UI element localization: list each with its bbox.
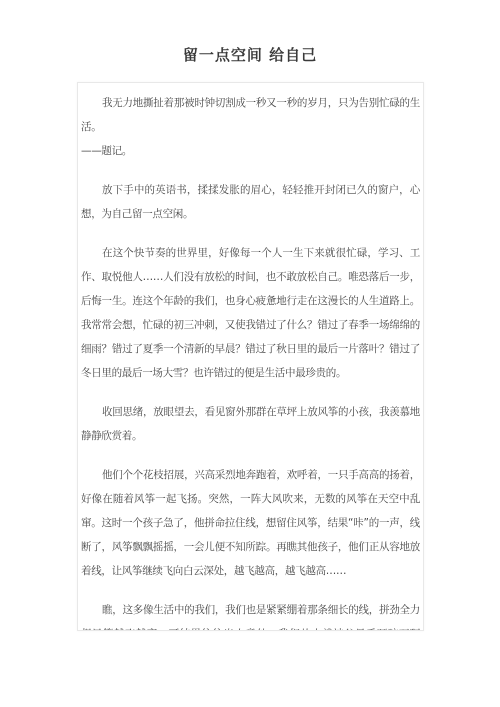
epigraph-attribution: ——题记。 [81, 139, 420, 163]
essay-paragraph: 放下手中的英语书，揉揉发胀的眉心，轻轻推开封闭已久的窗户，心想，为自己留一点空闲… [81, 178, 420, 226]
essay-paragraph: 收回思绪，放眼望去，看见窗外那群在草坪上放风筝的小孩，我羡慕地静静欣赏着。 [81, 400, 420, 448]
essay-paragraph: 在这个快节奏的世界里，好像每一个人一生下来就很忙碌，学习、工作、取悦他人……人们… [81, 241, 420, 385]
essay-card: 我无力地撕扯着那被时钟切割成一秒又一秒的岁月，只为告别忙碌的生活。 ——题记。 … [77, 82, 424, 631]
essay-paragraph: 瞧，这多像生活中的我们，我们也是紧紧绷着那条细长的线，拼劲全力想风筝越飞越高，可… [81, 598, 420, 631]
page-title: 留一点空间 给自己 [0, 44, 500, 65]
essay-paragraph: 他们个个花枝招展，兴高采烈地奔跑着，欢呼着，一只手高高的扬着，好像在随着风筝一起… [81, 463, 420, 583]
epigraph-text: 我无力地撕扯着那被时钟切割成一秒又一秒的岁月，只为告别忙碌的生活。 [81, 91, 420, 139]
document-page: 留一点空间 给自己 我无力地撕扯着那被时钟切割成一秒又一秒的岁月，只为告别忙碌的… [0, 0, 500, 707]
